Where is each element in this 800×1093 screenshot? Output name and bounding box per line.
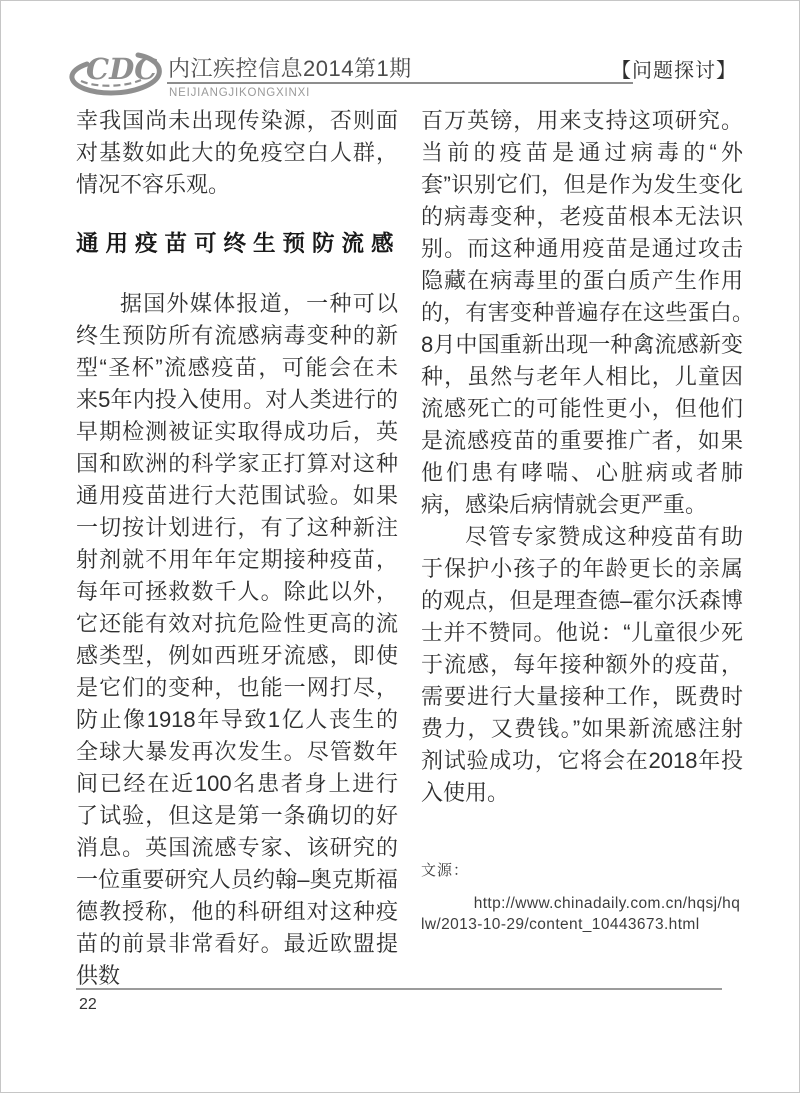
paragraph-main: 据国外媒体报道，一种可以终生预防所有流感病毒变种的新型“圣杯”流感疫苗，可能会在…: [76, 288, 398, 992]
section-tag: 【问题探讨】: [611, 54, 737, 83]
article-body: 幸我国尚未出现传染源，否则面对基数如此大的免疫空白人群，情况不容乐观。 通用疫苗…: [76, 105, 743, 992]
paragraph-continuation: 百万英镑，用来支持这项研究。当前的疫苗是通过病毒的“外套”识别它们，但是作为发生…: [421, 105, 743, 521]
page-header: CDC 内江疾控信息2014第1期 NEIJIANGJIKONGXINXI 【问…: [66, 45, 737, 103]
journal-subtitle: NEIJIANGJIKONGXINXI: [169, 87, 310, 99]
paragraph-intro: 幸我国尚未出现传染源，否则面对基数如此大的免疫空白人群，情况不容乐观。: [76, 105, 398, 201]
right-column: 百万英镑，用来支持这项研究。当前的疫苗是通过病毒的“外套”识别它们，但是作为发生…: [421, 105, 743, 992]
scanned-document-page: CDC 内江疾控信息2014第1期 NEIJIANGJIKONGXINXI 【问…: [0, 0, 800, 1093]
article-heading-text: 通用疫苗可终生预防流感: [76, 228, 401, 260]
left-column: 幸我国尚未出现传染源，否则面对基数如此大的免疫空白人群，情况不容乐观。 通用疫苗…: [76, 105, 398, 992]
footer-rule: [76, 988, 722, 990]
source-label: 文源：: [421, 855, 743, 887]
source-block: 文源： http://www.chinadaily.com.cn/hqsj/hq…: [421, 855, 743, 935]
header-rule: [167, 82, 633, 84]
cdc-logo: CDC: [66, 45, 164, 99]
page-number: 22: [79, 996, 97, 1014]
paragraph-expert-opinion: 尽管专家赞成这种疫苗有助于保护小孩子的年龄更长的亲属的观点，但是理查德–霍尔沃森…: [421, 521, 743, 809]
cdc-logo-icon: CDC: [66, 45, 164, 99]
article-heading: 通用疫苗可终生预防流感: [76, 228, 398, 260]
cdc-logo-text: CDC: [86, 52, 157, 86]
source-url: http://www.chinadaily.com.cn/hqsj/hqlw/2…: [421, 893, 743, 935]
journal-title: 内江疾控信息2014第1期: [168, 52, 412, 83]
